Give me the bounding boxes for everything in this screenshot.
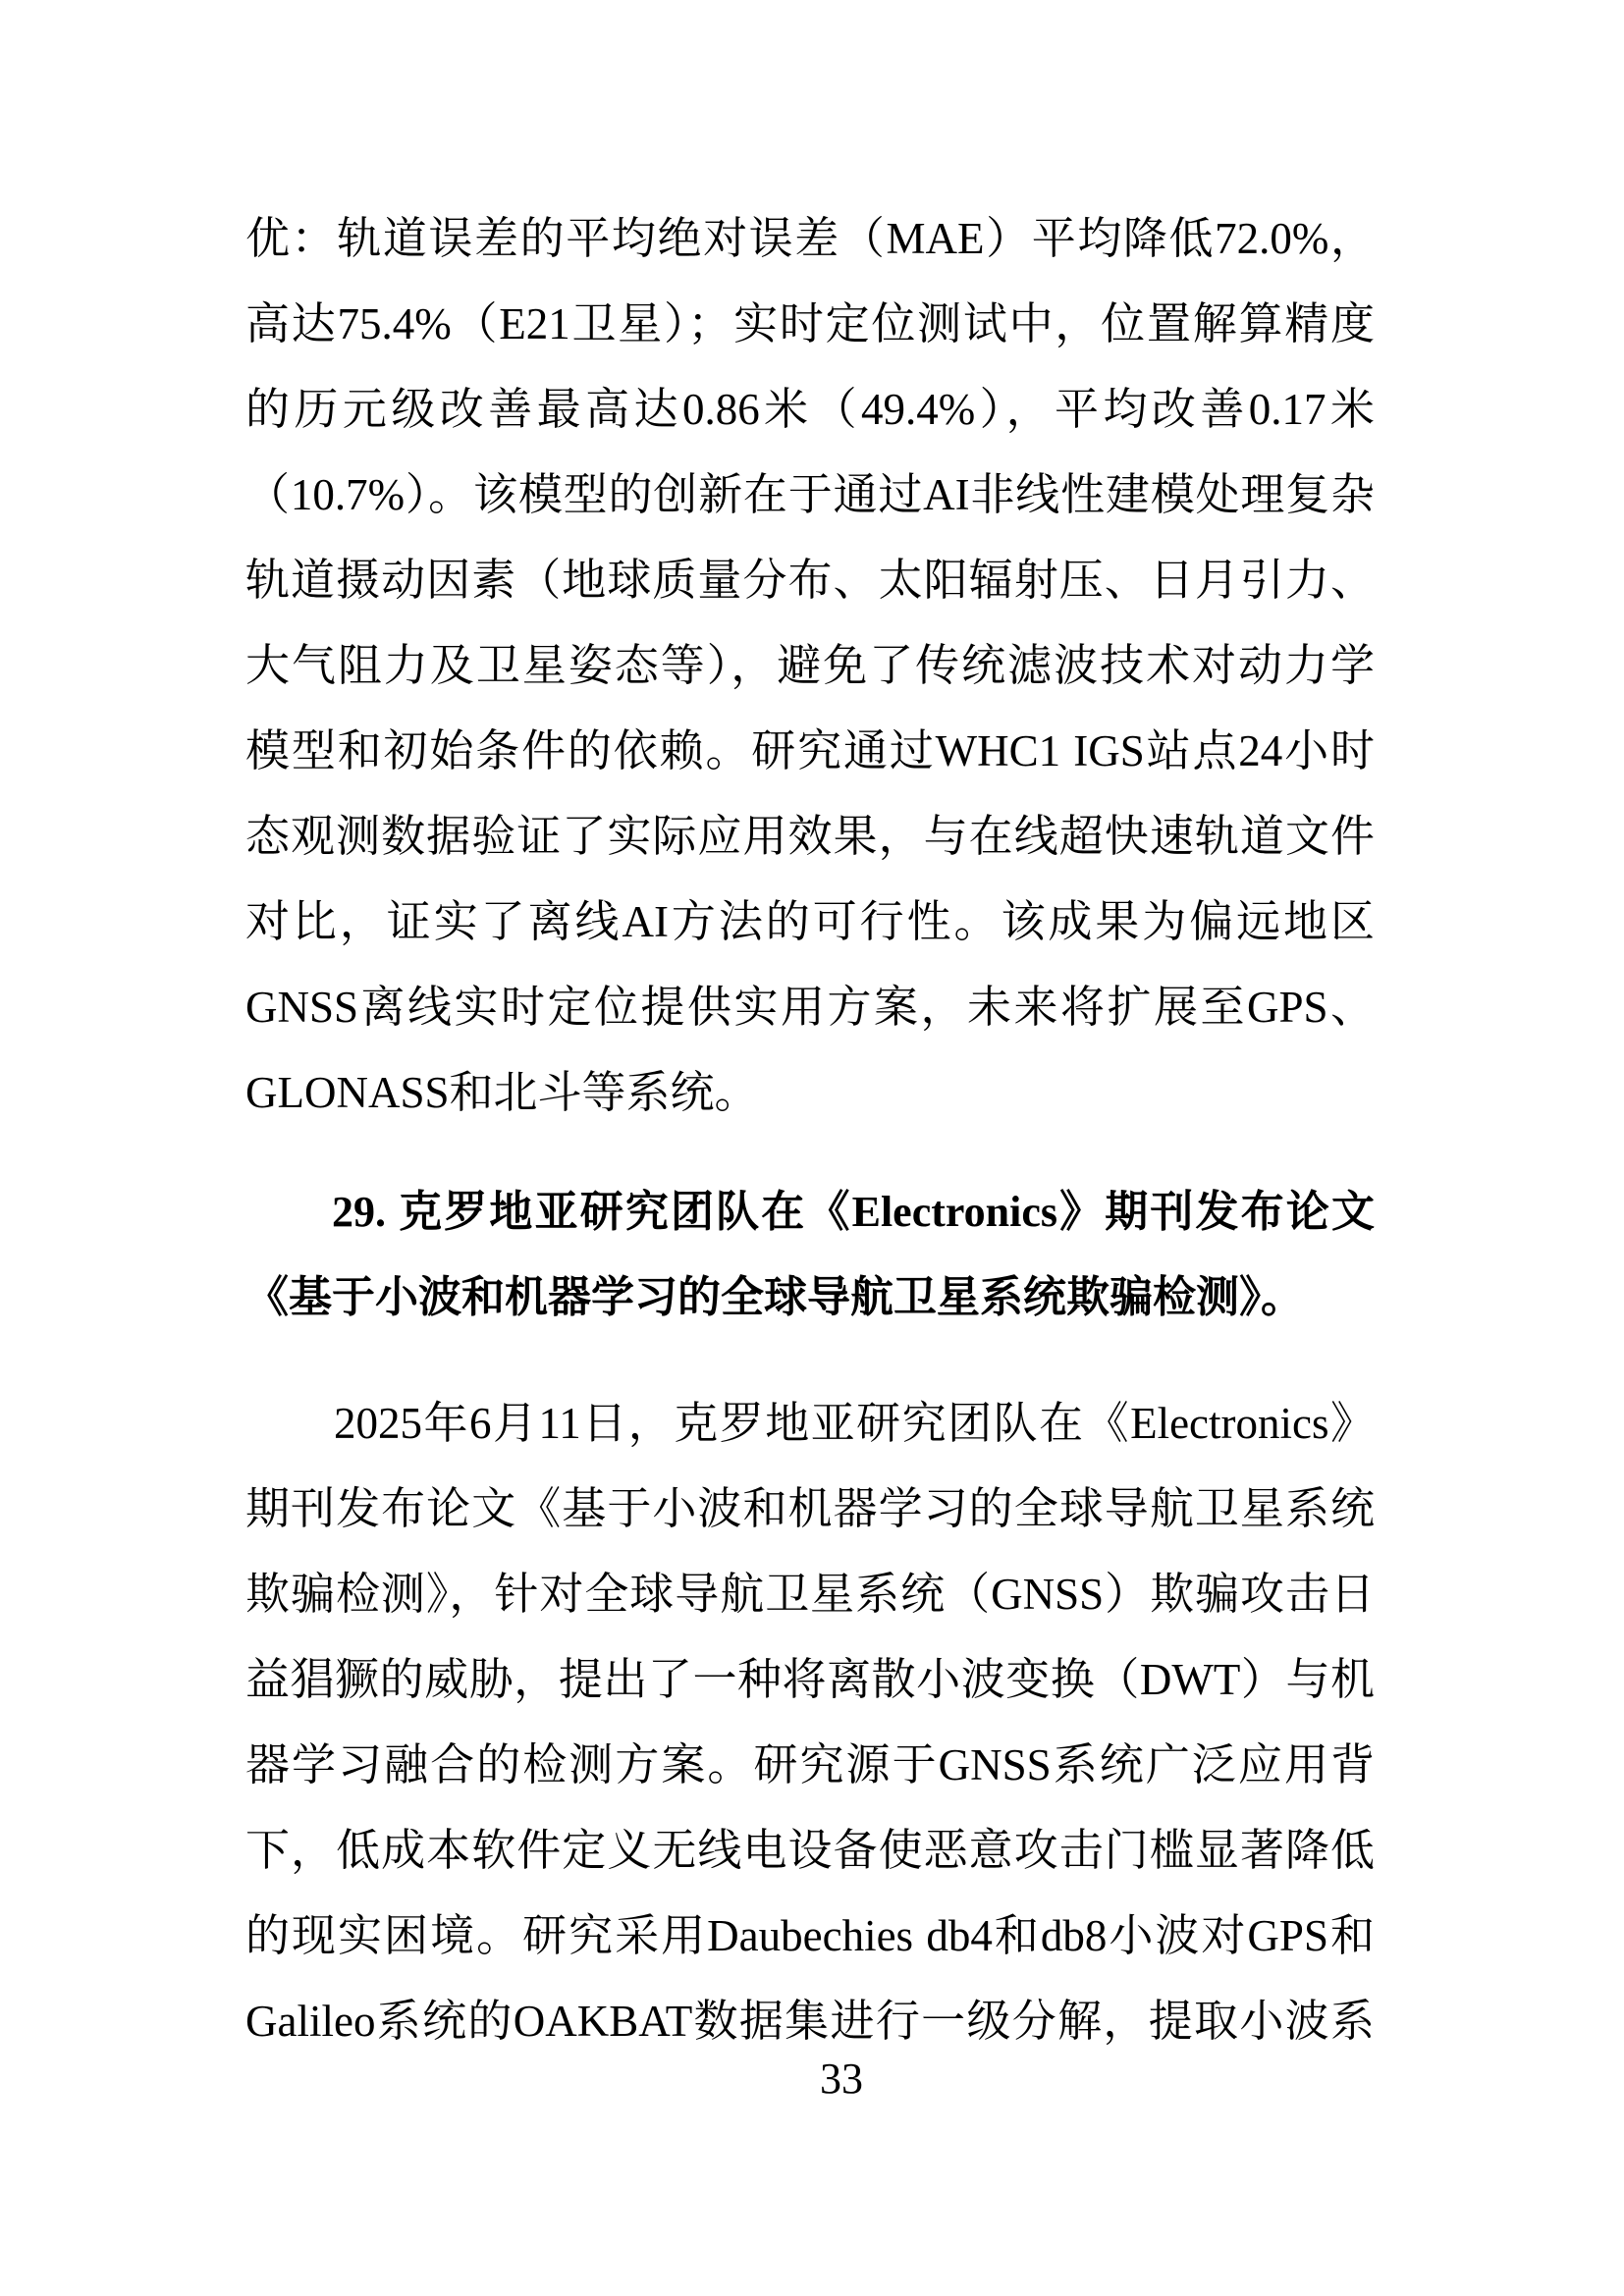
text-line: 态观测数据验证了实际应用效果，与在线超快速轨道文件 (245, 794, 1375, 880)
text-line: GLONASS和北斗等系统。 (245, 1050, 1375, 1136)
text-line: 轨道摄动因素（地球质量分布、太阳辐射压、日月引力、 (245, 538, 1375, 623)
text-line: 优：轨道误差的平均绝对误差（MAE）平均降低72.0%，最 (245, 196, 1375, 282)
page-number: 33 (29, 2057, 1624, 2101)
heading-line: 29. 克罗地亚研究团队在《Electronics》期刊发布论文 (245, 1169, 1375, 1255)
paragraph-spoofing-paper: 2025年6月11日，克罗地亚研究团队在《Electronics》 期刊发布论文… (245, 1381, 1375, 2064)
text-line: 2025年6月11日，克罗地亚研究团队在《Electronics》 (245, 1381, 1375, 1467)
text-line: 下，低成本软件定义无线电设备使恶意攻击门槛显著降低 (245, 1808, 1375, 1894)
text-line: 期刊发布论文《基于小波和机器学习的全球导航卫星系统 (245, 1467, 1375, 1552)
heading-line: 《基于小波和机器学习的全球导航卫星系统欺骗检测》。 (245, 1255, 1375, 1340)
text-line: 器学习融合的检测方案。研究源于GNSS系统广泛应用背景 (245, 1723, 1375, 1808)
text-line: Galileo系统的OAKBAT数据集进行一级分解，提取小波系 (245, 1979, 1375, 2064)
text-line: GNSS离线实时定位提供实用方案，未来将扩展至GPS、 (245, 965, 1375, 1050)
text-line: （10.7%）。该模型的创新在于通过AI非线性建模处理复杂 (245, 453, 1375, 538)
text-line: 的历元级改善最高达0.86米（49.4%），平均改善0.17米 (245, 367, 1375, 453)
heading-item-29: 29. 克罗地亚研究团队在《Electronics》期刊发布论文 《基于小波和机… (245, 1169, 1375, 1340)
document-page: 优：轨道误差的平均绝对误差（MAE）平均降低72.0%，最 高达75.4%（E2… (0, 0, 1624, 2296)
page-content: 优：轨道误差的平均绝对误差（MAE）平均降低72.0%，最 高达75.4%（E2… (245, 196, 1375, 2064)
text-line: 的现实困境。研究采用Daubechies db4和db8小波对GPS和 (245, 1894, 1375, 1979)
text-line: 益猖獗的威胁，提出了一种将离散小波变换（DWT）与机 (245, 1637, 1375, 1723)
text-line: 大气阻力及卫星姿态等），避免了传统滤波技术对动力学 (245, 623, 1375, 709)
text-line: 高达75.4%（E21卫星）；实时定位测试中，位置解算精度 (245, 282, 1375, 367)
text-line: 模型和初始条件的依赖。研究通过WHC1 IGS站点24小时静 (245, 709, 1375, 794)
text-line: 欺骗检测》，针对全球导航卫星系统（GNSS）欺骗攻击日 (245, 1552, 1375, 1637)
paragraph-orbit-model: 优：轨道误差的平均绝对误差（MAE）平均降低72.0%，最 高达75.4%（E2… (245, 196, 1375, 1136)
text-line: 对比，证实了离线AI方法的可行性。该成果为偏远地区 (245, 880, 1375, 965)
